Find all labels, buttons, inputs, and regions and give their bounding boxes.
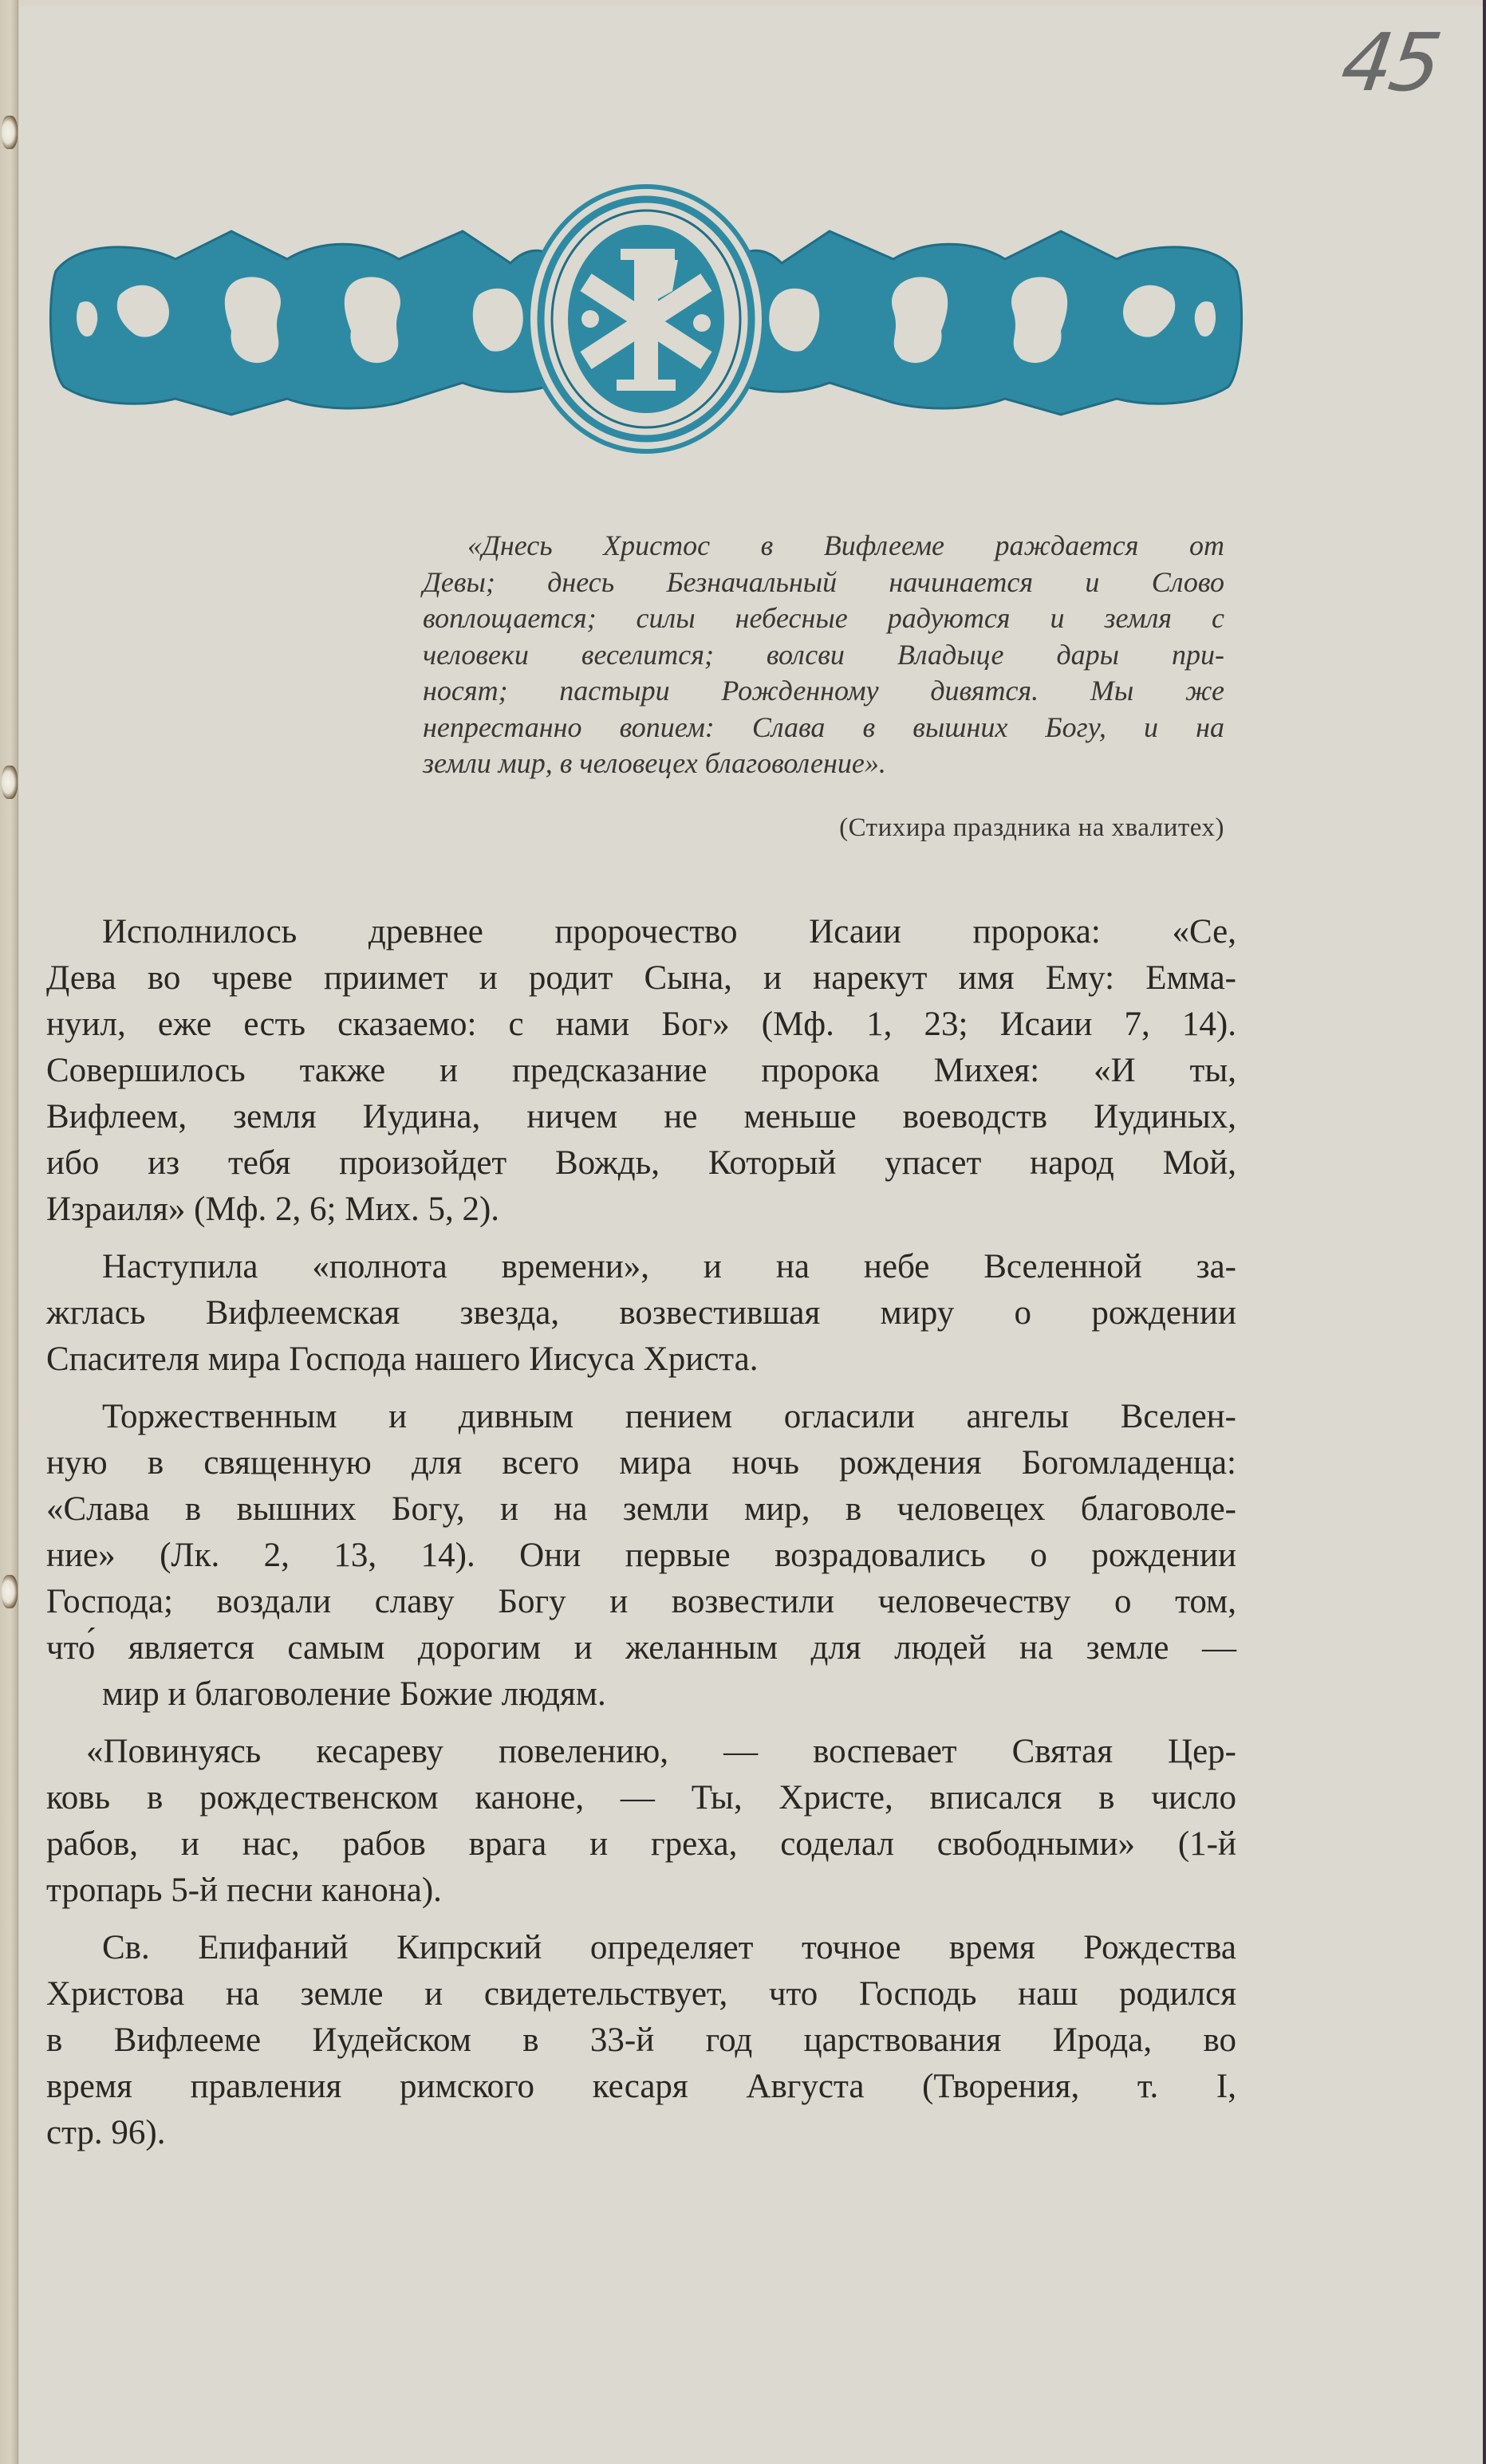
text-line: Господа; воздали славу Богу и возвестили… [46, 1579, 1236, 1625]
paragraph: Торжественным и дивным пением огласили а… [46, 1394, 1236, 1718]
chi-rho-ornament-banner [48, 183, 1244, 455]
epigraph-line: земли мир, в человецех благоволение». [423, 746, 1224, 782]
text-line: Христова на земле и свидетельствует, что… [46, 1971, 1236, 2017]
staple-hole [2, 116, 18, 149]
text-line: Израиля» (Мф. 2, 6; Мих. 5, 2). [46, 1187, 1236, 1233]
text-line: Св. Епифаний Кипрский определяет точное … [46, 1925, 1236, 1971]
paragraph: «Повинуясь кесареву повелению, — воспева… [46, 1729, 1236, 1914]
page-right-edge [1483, 0, 1486, 2464]
text-line: «Повинуясь кесареву повелению, — воспева… [46, 1729, 1236, 1775]
epigraph-line: воплощается; силы небесные радуются и зе… [423, 600, 1224, 637]
text-line: тропарь 5-й песни канона). [46, 1868, 1236, 1914]
staple-hole [2, 766, 18, 799]
text-line: ибо из тебя произойдет Вождь, Который уп… [46, 1140, 1236, 1187]
epigraph-quote: «Днесь Христос в Вифлееме раждается от Д… [423, 528, 1224, 782]
text-line: «Слава в вышних Богу, и на земли мир, в … [46, 1486, 1236, 1533]
text-line: что́ является самым дорогим и желанным д… [46, 1625, 1236, 1671]
handwritten-page-number: 45 [1331, 16, 1486, 144]
epigraph-line: носят; пастыри Рожденному дивятся. Мы же [423, 673, 1224, 710]
body-text: Исполнилось древнее пророчество Исаии пр… [46, 909, 1236, 2167]
text-line: нуил, еже есть сказаемо: с нами Бог» (Мф… [46, 1002, 1236, 1048]
epigraph-line: непрестанно вопием: Слава в вышних Богу,… [423, 710, 1224, 746]
text-line: мир и благоволение Божие людям. [46, 1671, 1236, 1718]
text-line: Вифлеем, земля Иудина, ничем не меньше в… [46, 1094, 1236, 1140]
paragraph: Исполнилось древнее пророчество Исаии пр… [46, 909, 1236, 1233]
text-line: ковь в рождественском каноне, — Ты, Хрис… [46, 1775, 1236, 1821]
text-line: Дева во чреве приимет и родит Сына, и на… [46, 955, 1236, 1002]
text-line: Наступила «полнота времени», и на небе В… [46, 1244, 1236, 1290]
text-line: стр. 96). [46, 2110, 1236, 2156]
text-line: Торжественным и дивным пением огласили а… [46, 1394, 1236, 1440]
page-binding-edge [0, 0, 18, 2464]
paragraph: Св. Епифаний Кипрский определяет точное … [46, 1925, 1236, 2156]
epigraph-line: Девы; днесь Безначальный начинается и Сл… [423, 565, 1224, 601]
epigraph-line: человеки веселится; волсви Владыце дары … [423, 637, 1224, 674]
text-line: рабов, и нас, рабов врага и греха, содел… [46, 1821, 1236, 1868]
text-line: Спасителя мира Господа нашего Иисуса Хри… [46, 1336, 1236, 1383]
paragraph: Наступила «полнота времени», и на небе В… [46, 1244, 1236, 1383]
epigraph-source: (Стихира праздника на хвалитех) [678, 813, 1224, 843]
staple-hole [2, 1575, 18, 1608]
text-line: в Вифлееме Иудейском в 33-й год царствов… [46, 2017, 1236, 2064]
text-line: ние» (Лк. 2, 13, 14). Они первые возрадо… [46, 1533, 1236, 1579]
text-line: время правления римского кесаря Августа … [46, 2064, 1236, 2110]
text-line: жглась Вифлеемская звезда, возвестившая … [46, 1290, 1236, 1336]
text-line: Исполнилось древнее пророчество Исаии пр… [46, 909, 1236, 955]
epigraph-line: «Днесь Христос в Вифлееме раждается от [423, 528, 1224, 565]
text-line: Совершилось также и предсказание пророка… [46, 1048, 1236, 1094]
text-line: ную в священную для всего мира ночь рожд… [46, 1440, 1236, 1486]
